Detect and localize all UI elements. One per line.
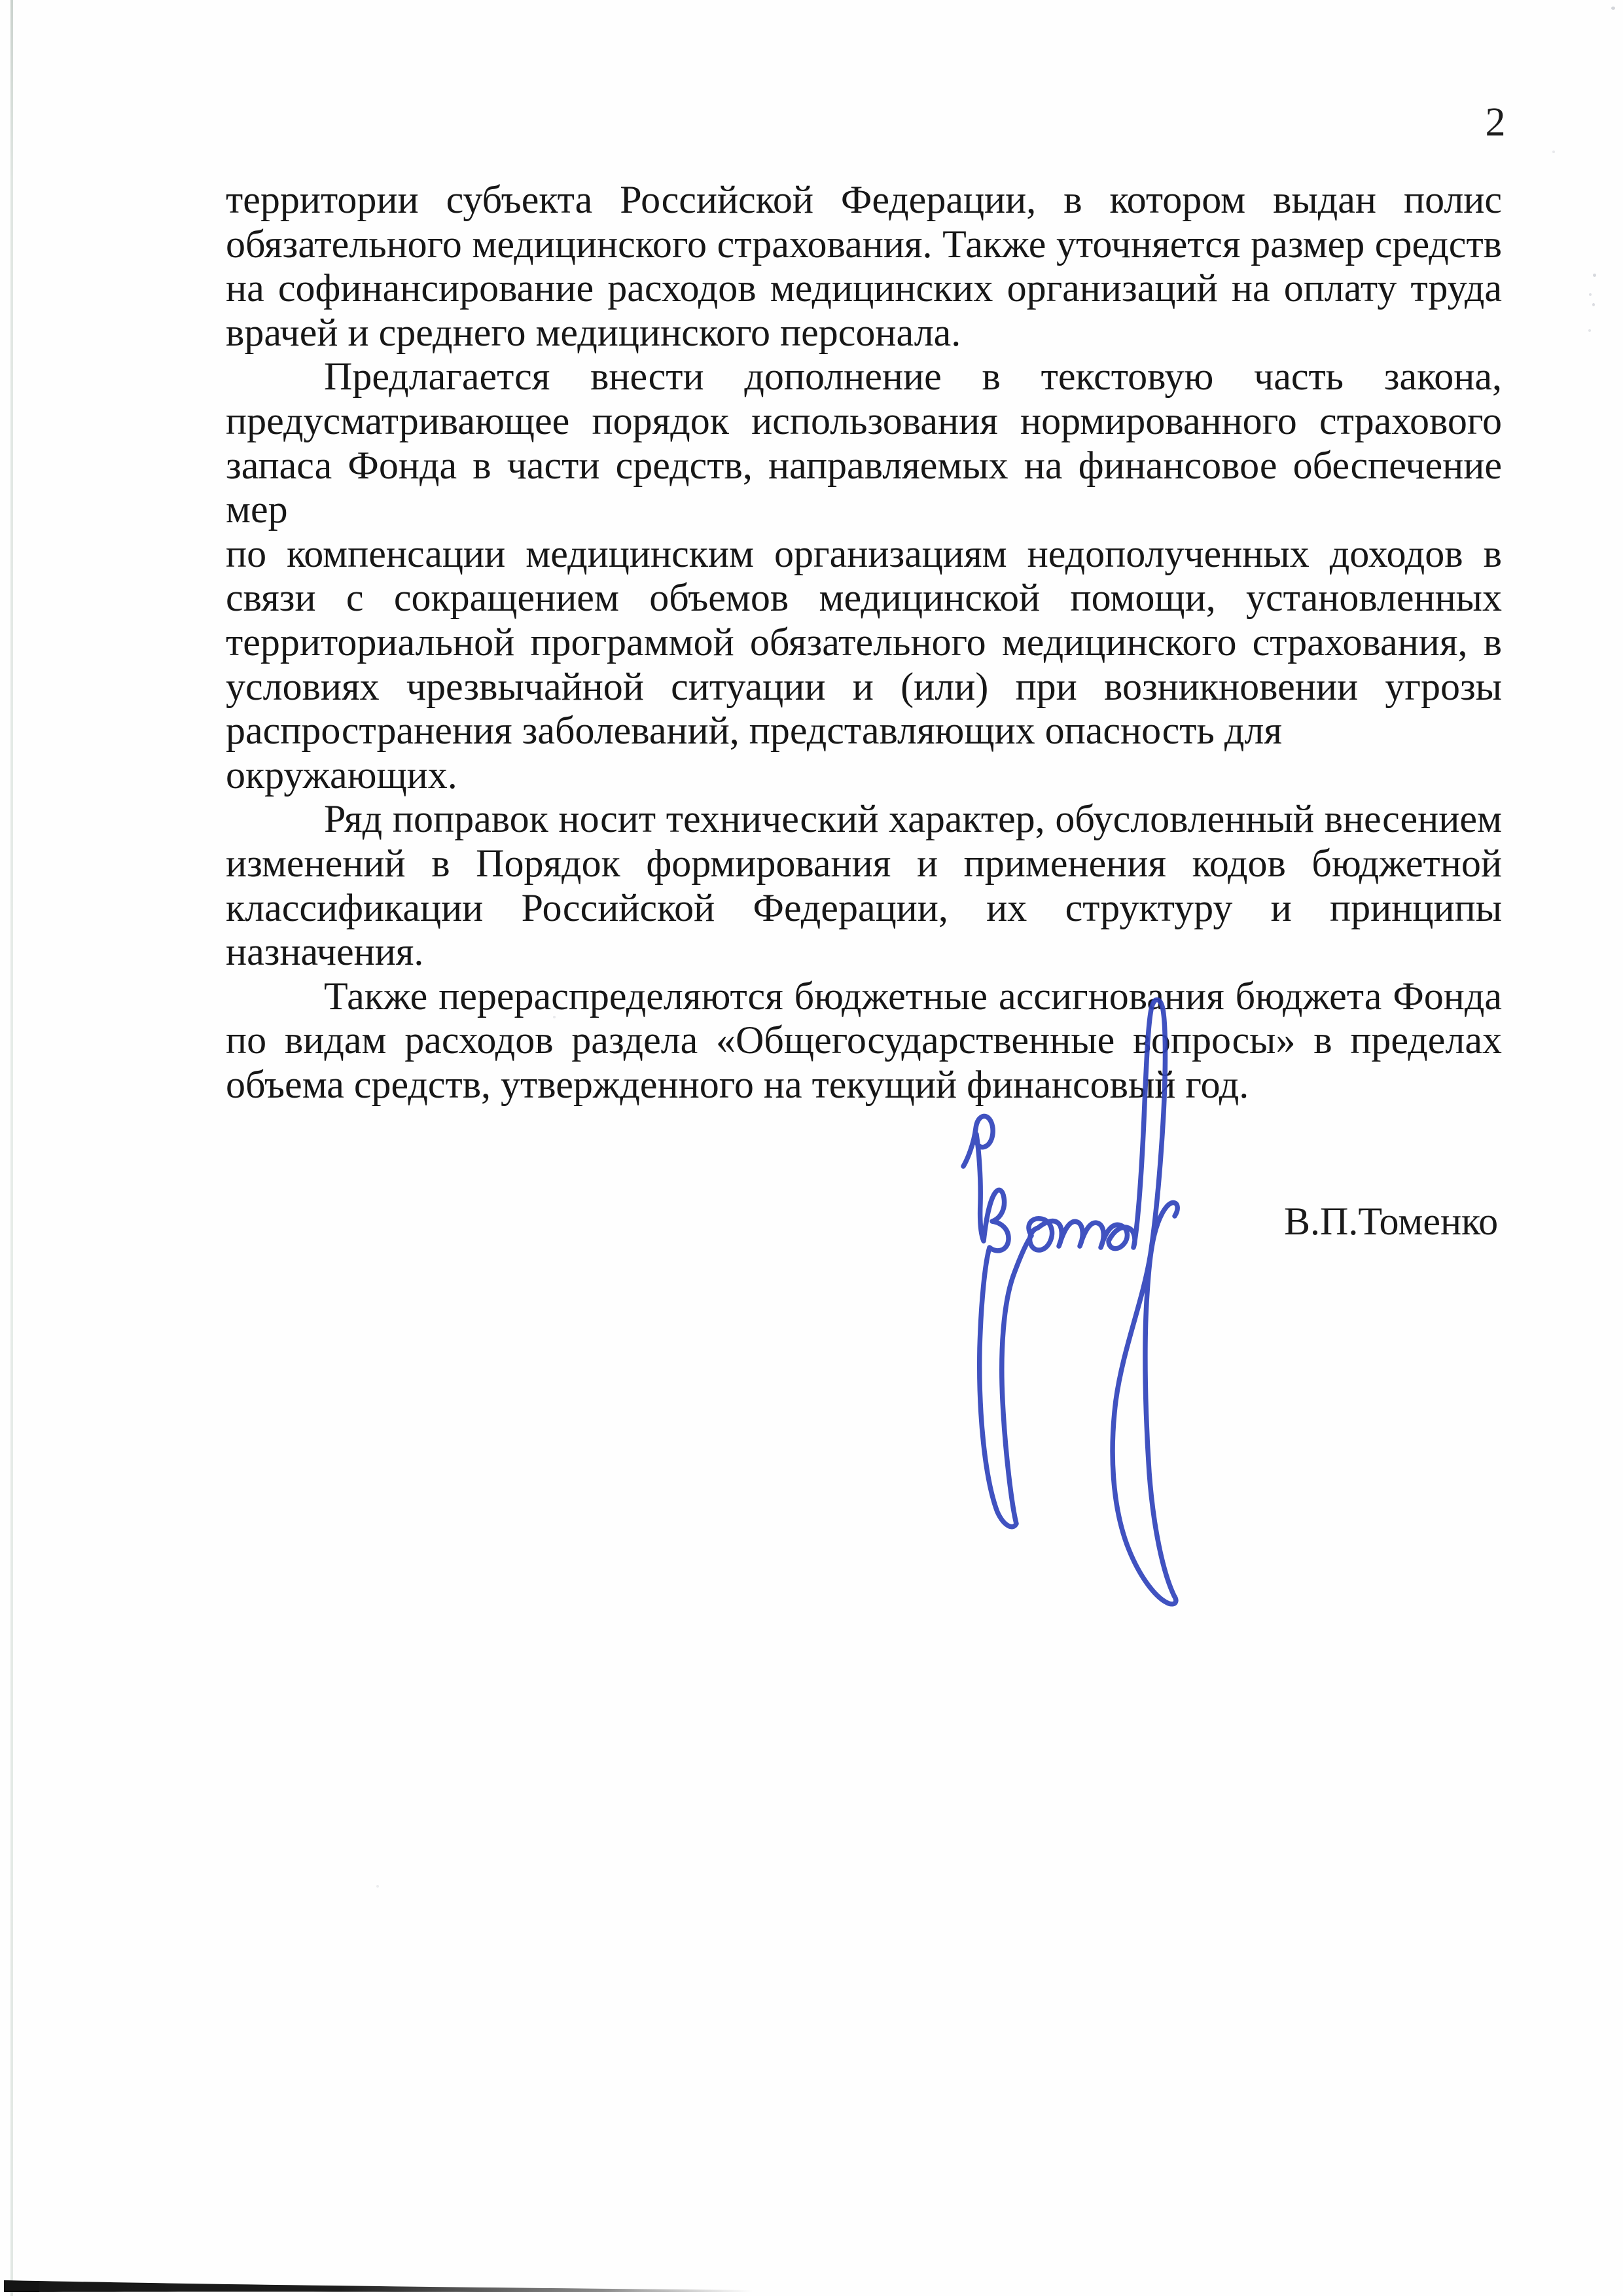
text-line: Предлагается внести дополнение в текстов… [226, 355, 1502, 399]
text-line: по компенсации медицинским организациям … [226, 532, 1502, 577]
dust-speck [1552, 151, 1555, 153]
text-line: территориальной программой обязательного… [226, 620, 1502, 665]
text-line: изменений в Порядок формирования и приме… [226, 842, 1502, 886]
scan-streak-bottom [4, 2280, 753, 2292]
dust-speck [1611, 7, 1615, 10]
scanned-document-page: 2 территории субъекта Российской Федерац… [0, 0, 1623, 2296]
signatory-name: В.П.Томенко [1284, 1199, 1498, 1244]
text-line: на софинансирование расходов медицинских… [226, 266, 1502, 311]
dust-speck [1589, 293, 1592, 296]
text-line: территории субъекта Российской Федерации… [226, 178, 1502, 223]
dust-speck [553, 1016, 556, 1018]
document-text-block: территории субъекта Российской Федерации… [226, 178, 1502, 1107]
text-line: назначения. [226, 930, 1502, 975]
scan-streak-corner [4, 2280, 39, 2292]
text-line: врачей и среднего медицинского персонала… [226, 311, 1502, 355]
text-line: Также перераспределяются бюджетные ассиг… [226, 975, 1502, 1019]
page-number: 2 [1459, 99, 1531, 145]
dust-speck [1588, 329, 1591, 332]
text-line: предусматривающее порядок использования … [226, 399, 1502, 444]
text-line: обязательного медицинского страхования. … [226, 223, 1502, 267]
dust-speck [1593, 274, 1596, 277]
text-line: связи с сокращением объемов медицинской … [226, 576, 1502, 620]
text-line: по видам расходов раздела «Общегосударст… [226, 1018, 1502, 1063]
dust-speck [1592, 303, 1595, 306]
scanner-edge-line [10, 0, 13, 2296]
text-line: Ряд поправок носит технический характер,… [226, 797, 1502, 842]
text-line: распространения заболеваний, представляю… [226, 709, 1502, 797]
text-line: условиях чрезвычайной ситуации и (или) п… [226, 665, 1502, 709]
text-line: запаса Фонда в части средств, направляем… [226, 444, 1502, 532]
dust-speck [376, 1885, 379, 1888]
text-line: классификации Российской Федерации, их с… [226, 886, 1502, 931]
text-line: объема средств, утвержденного на текущий… [226, 1063, 1502, 1107]
